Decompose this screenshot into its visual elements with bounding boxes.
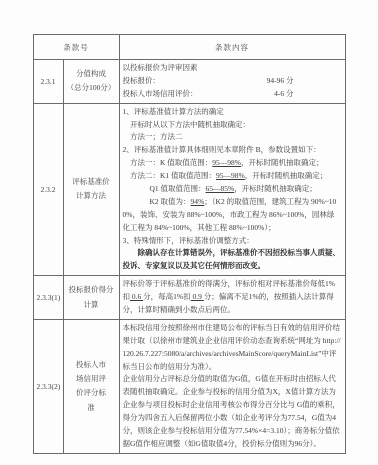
document-page: 条款号 条款内容 2.3.1 分值构成 （总分100分） 以投标报价为评审因素 …: [0, 0, 378, 465]
score-line: 投标报价： 94-96 分: [123, 75, 342, 88]
clause-title-line: 准: [67, 401, 116, 415]
clause-title: 分值构成 （总分100分）: [63, 60, 119, 104]
clause-number: 2.3.1: [33, 60, 63, 104]
table-row: 2.3.3(2) 投标人市 场信用评 价评分标 准 本标段信用分按照徐州市住建局…: [33, 319, 345, 453]
content-paragraph: 评标价等于评标基准价的得满分，评标价相对评标基准价每低1%扣 0.6 分，每高1…: [123, 278, 342, 317]
clause-content: 1、评标基准值计算方法的确定 开标时从以下方法中随机抽取确定： 方法一；方法二 …: [119, 103, 345, 276]
clause-title-line: 计算: [67, 298, 116, 312]
content-line: 3、特殊情形下，评标基准价调整方式：: [123, 235, 342, 248]
score-value: 4-6 分: [274, 88, 293, 101]
header-clause-no: 条款号: [33, 35, 119, 60]
content-line: 1、评标基准值计算方法的确定: [123, 106, 342, 119]
clause-number: 2.3.2: [33, 103, 63, 276]
table-header-row: 条款号 条款内容: [33, 35, 345, 60]
clause-title-line: 分值构成: [67, 67, 116, 81]
content-line: 方法一：K 值取值范围：95—98%，开标时随机抽取确定；: [123, 157, 342, 170]
clause-title-line: 投标人市: [67, 358, 116, 372]
clause-title-line: 计算方法: [67, 189, 116, 203]
table-row: 2.3.2 评标基准价 计算方法 1、评标基准值计算方法的确定 开标时从以下方法…: [33, 103, 345, 276]
score-value: 94-96 分: [267, 75, 294, 88]
clause-title-line: 评标基准价: [67, 175, 116, 189]
method-text: Q1 值取值范围：: [150, 184, 206, 193]
header-clause-content: 条款内容: [119, 35, 345, 60]
deduction-high-underlined: 0.9: [191, 292, 204, 301]
table-row: 2.3.1 分值构成 （总分100分） 以投标报价为评审因素 投标报价： 94-…: [33, 60, 345, 104]
content-line: 2、评标基准值计算具体细则见本章附件 B，参数设置如下：: [123, 144, 342, 157]
clause-content: 以投标报价为评审因素 投标报价： 94-96 分 投标人市场信用评价： 4-6 …: [119, 60, 345, 104]
content-line: 以投标报价为评审因素: [123, 62, 342, 75]
score-line: 投标人市场信用评价： 4-6 分: [123, 88, 342, 101]
k2-value-underlined: 94%: [191, 197, 205, 206]
k1-range-underlined: 95—98%: [216, 171, 245, 180]
content-line: 方法一；方法二: [123, 131, 342, 144]
table-row: 2.3.3(1) 投标报价得分 计算 评标价等于评标基准价的得满分，评标价相对评…: [33, 276, 345, 320]
q1-range-underlined: 65—85%: [206, 184, 235, 193]
method-text: K2 取值为：: [150, 197, 191, 206]
content-line: 方法二：K1 值取值范围：95—98%，开标时随机抽取确定；: [123, 170, 342, 183]
method-text: ，开标时随机抽取确定；: [234, 184, 317, 193]
clause-title: 评标基准价 计算方法: [63, 103, 119, 276]
content-paragraph: 企业信用分占评标总分值的取值为G值，G值在开标时由招标人代表随机抽取确定。企业参…: [123, 373, 342, 450]
method-text: ，开标时随机抽取确定；: [241, 158, 324, 167]
method-text: ，开标时随机抽取确定；: [245, 171, 328, 180]
method-text: 方法二：K1 值取值范围：: [130, 171, 216, 180]
clause-title-line: （总分100分）: [67, 81, 116, 95]
clause-title: 投标人市 场信用评 价评分标 准: [63, 319, 119, 453]
clause-number: 2.3.3(1): [33, 276, 63, 320]
score-label: 投标人市场信用评价：: [123, 88, 198, 101]
score-label: 投标报价：: [123, 75, 161, 88]
k-range-underlined: 95—98%: [212, 158, 241, 167]
paragraph-text: 分，每高1%扣: [143, 292, 191, 301]
clause-table: 条款号 条款内容 2.3.1 分值构成 （总分100分） 以投标报价为评审因素 …: [33, 34, 346, 454]
method-text: 方法一：K 值取值范围：: [130, 158, 212, 167]
clause-title-line: 场信用评: [67, 372, 116, 386]
clause-title: 投标报价得分 计算: [63, 276, 119, 320]
clause-content: 评标价等于评标基准价的得满分，评标价相对评标基准价每低1%扣 0.6 分，每高1…: [119, 276, 345, 320]
clause-number: 2.3.3(2): [33, 319, 63, 453]
clause-title-line: 投标报价得分: [67, 283, 116, 297]
content-line: Q1 值取值范围：65—85%，开标时随机抽取确定；: [123, 183, 342, 196]
content-line: 开标时从以下方法中随机抽取确定：: [123, 119, 342, 132]
content-paragraph: 本标段信用分按照徐州市住建局公布的评标当日有效的信用评价结果计取（以徐州市建筑业…: [123, 322, 342, 374]
content-line-bold: 除确认存在计算错误外，评标基准价不因招投标当事人质疑、投诉、专家复议以及其它任何…: [123, 247, 342, 273]
clause-title-line: 价评分标: [67, 386, 116, 400]
clause-content: 本标段信用分按照徐州市住建局公布的评标当日有效的信用评价结果计取（以徐州市建筑业…: [119, 319, 345, 453]
deduction-low-underlined: 0.6: [130, 292, 143, 301]
content-line: K2 取值为：94%；（K2 的取值范围，建筑工程为 90%~100%，装饰、安…: [123, 196, 342, 235]
